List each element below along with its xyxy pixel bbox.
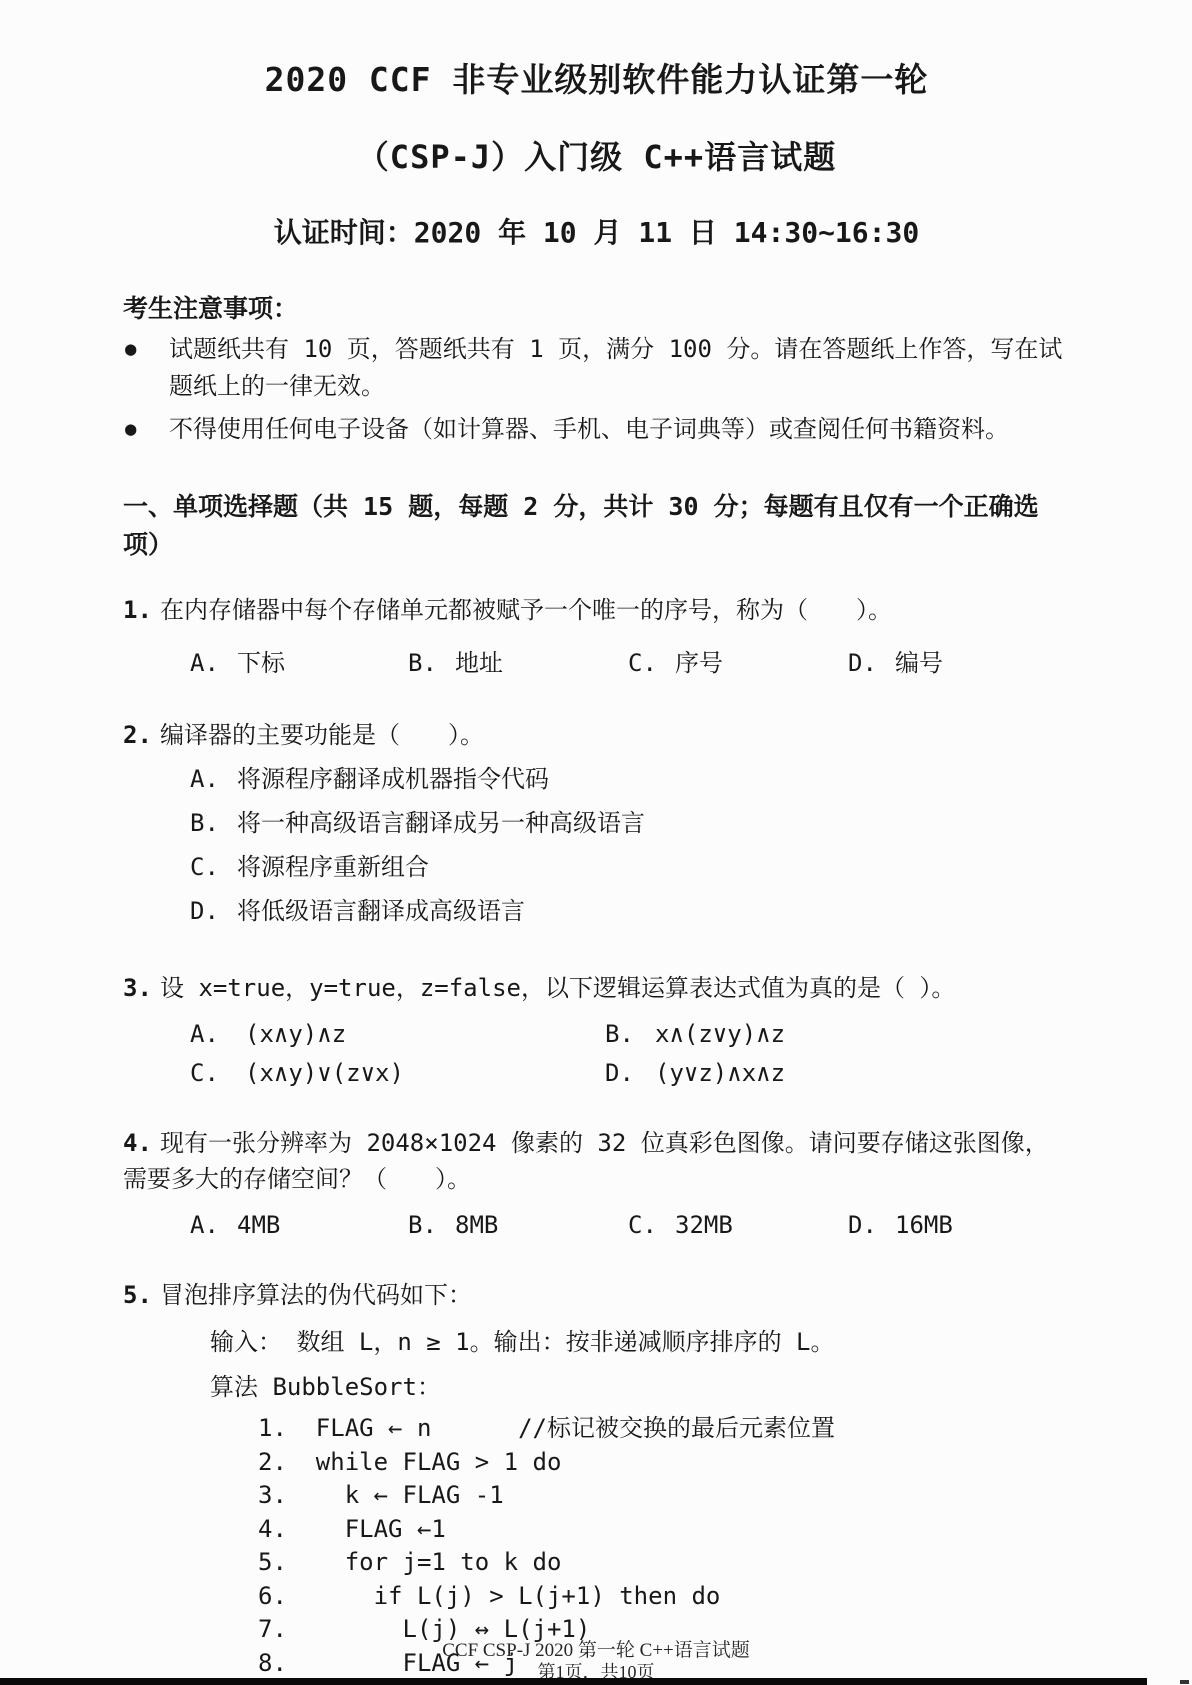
question-1: 1.在内存储器中每个存储单元都被赋予一个唯一的序号，称为（ ）。 A.下标 B.… bbox=[123, 592, 1070, 681]
pseudocode-line-5: 5. for j=1 to k do bbox=[258, 1546, 1070, 1580]
question-2-text: 编译器的主要功能是（ ）。 bbox=[160, 721, 484, 749]
option-a: A.将源程序翻译成机器指令代码 bbox=[190, 761, 1070, 798]
question-4-stem: 4.现有一张分辨率为 2048×1024 像素的 32 位真彩色图像。请问要存储… bbox=[123, 1125, 1070, 1197]
option-b: B.8MB bbox=[408, 1207, 628, 1243]
option-b: B.地址 bbox=[408, 645, 628, 681]
scan-edge-bar bbox=[0, 1678, 1147, 1685]
question-1-text: 在内存储器中每个存储单元都被赋予一个唯一的序号，称为（ ）。 bbox=[160, 596, 892, 624]
notice-heading: 考生注意事项： bbox=[123, 289, 1070, 325]
question-3-stem: 3.设 x=true，y=true，z=false，以下逻辑运算表达式值为真的是… bbox=[123, 970, 1070, 1006]
pseudocode-line-4: 4. FLAG ←1 bbox=[258, 1513, 1070, 1547]
option-a: A.4MB bbox=[190, 1207, 408, 1243]
option-d: D.16MB bbox=[848, 1207, 1070, 1243]
exam-title-line1: 2020 CCF 非专业级别软件能力认证第一轮 bbox=[123, 54, 1070, 101]
option-b: B.将一种高级语言翻译成另一种高级语言 bbox=[190, 805, 1070, 842]
bullet-icon: ● bbox=[123, 331, 169, 405]
option-a: A.(x∧y)∧z bbox=[190, 1016, 605, 1052]
question-4-text: 现有一张分辨率为 2048×1024 像素的 32 位真彩色图像。请问要存储这张… bbox=[123, 1129, 1049, 1193]
pseudocode-algo-line: 算法 BubbleSort： bbox=[210, 1369, 1070, 1405]
exam-title-line2: （CSP-J）入门级 C++语言试题 bbox=[123, 132, 1070, 178]
question-1-stem: 1.在内存储器中每个存储单元都被赋予一个唯一的序号，称为（ ）。 bbox=[123, 592, 1070, 628]
option-d: D.将低级语言翻译成高级语言 bbox=[190, 893, 1070, 930]
pseudocode-io-line: 输入： 数组 L，n ≥ 1。输出：按非递减顺序排序的 L。 bbox=[210, 1324, 1070, 1360]
question-5: 5.冒泡排序算法的伪代码如下： 输入： 数组 L，n ≥ 1。输出：按非递减顺序… bbox=[123, 1277, 1070, 1680]
question-3-number: 3. bbox=[123, 970, 160, 1006]
question-2-number: 2. bbox=[123, 717, 160, 753]
question-4-number: 4. bbox=[123, 1125, 160, 1161]
option-d: D.(y∨z)∧x∧z bbox=[605, 1055, 1070, 1091]
question-2-options: A.将源程序翻译成机器指令代码 B.将一种高级语言翻译成另一种高级语言 C.将源… bbox=[190, 761, 1070, 930]
exam-time: 认证时间：2020 年 10 月 11 日 14:30~16:30 bbox=[123, 211, 1070, 251]
question-4-options: A.4MB B.8MB C.32MB D.16MB bbox=[190, 1207, 1070, 1243]
pseudocode-line-6: 6. if L(j) > L(j+1) then do bbox=[258, 1580, 1070, 1614]
option-c: C.序号 bbox=[628, 645, 848, 681]
question-1-options: A.下标 B.地址 C.序号 D.编号 bbox=[190, 645, 1070, 681]
bullet-icon: ● bbox=[123, 411, 169, 448]
question-1-number: 1. bbox=[123, 592, 160, 628]
question-3: 3.设 x=true，y=true，z=false，以下逻辑运算表达式值为真的是… bbox=[123, 970, 1070, 1091]
question-5-stem: 5.冒泡排序算法的伪代码如下： bbox=[123, 1277, 1070, 1313]
option-a: A.下标 bbox=[190, 645, 408, 681]
notice-bullet-2: ● 不得使用任何电子设备（如计算器、手机、电子词典等）或查阅任何书籍资料。 bbox=[123, 411, 1070, 448]
notice-section: 考生注意事项： ● 试题纸共有 10 页，答题纸共有 1 页，满分 100 分。… bbox=[123, 289, 1070, 448]
pseudocode-line-3: 3. k ← FLAG -1 bbox=[258, 1479, 1070, 1513]
option-c: C.将源程序重新组合 bbox=[190, 849, 1070, 886]
notice-bullet-1-text: 试题纸共有 10 页，答题纸共有 1 页，满分 100 分。请在答题纸上作答，写… bbox=[169, 331, 1070, 405]
notice-bullet-1: ● 试题纸共有 10 页，答题纸共有 1 页，满分 100 分。请在答题纸上作答… bbox=[123, 331, 1070, 405]
option-d: D.编号 bbox=[848, 645, 1070, 681]
footer-document-title: CCF CSP-J 2020 第一轮 C++语言试题 bbox=[0, 1639, 1192, 1663]
question-5-number: 5. bbox=[123, 1277, 160, 1313]
option-b: B.x∧(z∨y)∧z bbox=[605, 1016, 1070, 1052]
option-c: C.(x∧y)∨(z∨x) bbox=[190, 1055, 605, 1091]
exam-paper-page: 2020 CCF 非专业级别软件能力认证第一轮 （CSP-J）入门级 C++语言… bbox=[0, 0, 1192, 1685]
page-footer: CCF CSP-J 2020 第一轮 C++语言试题 第1页，共10页 bbox=[0, 1639, 1192, 1682]
section-1-heading: 一、单项选择题（共 15 题，每题 2 分，共计 30 分；每题有且仅有一个正确… bbox=[123, 488, 1070, 564]
notice-bullet-2-text: 不得使用任何电子设备（如计算器、手机、电子词典等）或查阅任何书籍资料。 bbox=[169, 411, 1070, 448]
pseudocode-line-2: 2. while FLAG > 1 do bbox=[258, 1446, 1070, 1480]
question-2: 2.编译器的主要功能是（ ）。 A.将源程序翻译成机器指令代码 B.将一种高级语… bbox=[123, 717, 1070, 930]
question-2-stem: 2.编译器的主要功能是（ ）。 bbox=[123, 717, 1070, 753]
option-c: C.32MB bbox=[628, 1207, 848, 1243]
question-4: 4.现有一张分辨率为 2048×1024 像素的 32 位真彩色图像。请问要存储… bbox=[123, 1125, 1070, 1243]
question-5-text: 冒泡排序算法的伪代码如下： bbox=[160, 1281, 472, 1309]
question-3-options: A.(x∧y)∧z B.x∧(z∨y)∧z C.(x∧y)∨(z∨x) D.(y… bbox=[190, 1016, 1070, 1091]
question-3-text: 设 x=true，y=true，z=false，以下逻辑运算表达式值为真的是（ … bbox=[160, 974, 955, 1002]
page-content: 2020 CCF 非专业级别软件能力认证第一轮 （CSP-J）入门级 C++语言… bbox=[0, 0, 1192, 1680]
scan-edge-mark bbox=[1180, 1680, 1189, 1684]
pseudocode-line-1: 1. FLAG ← n //标记被交换的最后元素位置 bbox=[258, 1412, 1070, 1446]
